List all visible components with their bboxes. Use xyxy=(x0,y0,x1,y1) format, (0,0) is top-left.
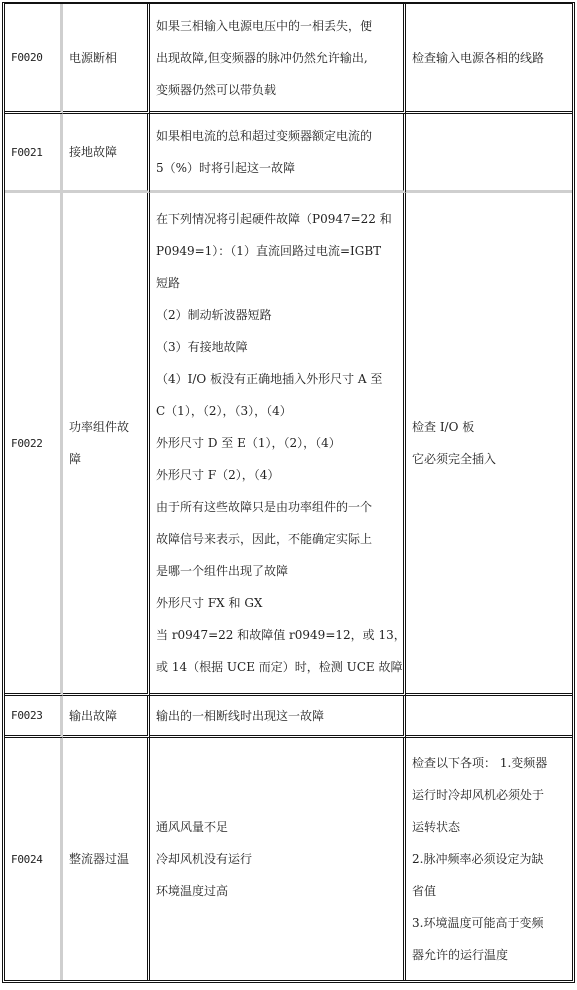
fault-name-cell: 电源断相 xyxy=(63,4,150,114)
description-line: 当 r0947=22 和故障值 r0949=12，或 13， xyxy=(156,619,397,651)
remedy-line: 2.脉冲频率必须设定为缺 xyxy=(412,843,566,875)
fault-description-cell: 输出的一相断线时出现这一故障 xyxy=(150,696,406,738)
table-row: F0020 电源断相 如果三相输入电源电压中的一相丢失，便 出现故障,但变频器的… xyxy=(5,4,572,114)
fault-description-cell: 如果三相输入电源电压中的一相丢失，便 出现故障,但变频器的脉冲仍然允许输出, 变… xyxy=(150,4,406,114)
fault-code: F0023 xyxy=(11,709,43,722)
fault-description-cell: 通风风量不足 冷却风机没有运行 环境温度过高 xyxy=(150,738,406,980)
remedy-line: 器允许的运行温度 xyxy=(412,939,566,971)
description-line: 故障信号来表示，因此，不能确定实际上 xyxy=(156,523,397,555)
fault-code: F0020 xyxy=(11,51,43,64)
fault-remedy-cell xyxy=(406,114,572,193)
remedy-line: 运转状态 xyxy=(412,811,566,843)
fault-name-cell: 整流器过温 xyxy=(63,738,150,980)
fault-name-cell: 接地故障 xyxy=(63,114,150,193)
description-line: 外形尺寸 FX 和 GX xyxy=(156,587,397,619)
description-line: 如果相电流的总和超过变频器额定电流的 xyxy=(156,120,397,152)
description-line: 环境温度过高 xyxy=(156,875,397,907)
fault-name: 输出故障 xyxy=(69,709,117,723)
fault-name: 整流器过温 xyxy=(69,852,129,866)
fault-code-cell: F0022 xyxy=(5,193,63,696)
description-line: 外形尺寸 F（2），（4） xyxy=(156,459,397,491)
fault-code: F0022 xyxy=(11,437,43,450)
fault-remedy-cell: 检查输入电源各相的线路 xyxy=(406,4,572,114)
fault-name: 电源断相 xyxy=(69,51,117,65)
fault-remedy-cell xyxy=(406,696,572,738)
description-line: P0949=1）：（1）直流回路过电流=IGBT xyxy=(156,235,397,267)
fault-name-line: 障 xyxy=(69,443,141,475)
remedy-line: 检查 I/O 板 xyxy=(412,411,566,443)
fault-name: 接地故障 xyxy=(69,145,117,159)
description-line: 冷却风机没有运行 xyxy=(156,843,397,875)
fault-name-line: 功率组件故 xyxy=(69,411,141,443)
description-line: 外形尺寸 D 至 E（1），（2），（4） xyxy=(156,427,397,459)
fault-code-cell: F0023 xyxy=(5,696,63,738)
fault-name-cell: 输出故障 xyxy=(63,696,150,738)
remedy-line: 3.环境温度可能高于变频 xyxy=(412,907,566,939)
fault-description-cell: 在下列情况将引起硬件故障（P0947=22 和 P0949=1）：（1）直流回路… xyxy=(150,193,406,696)
description-line: 出现故障,但变频器的脉冲仍然允许输出, xyxy=(156,42,397,74)
description-line: 5（%）时将引起这一故障 xyxy=(156,152,397,184)
fault-description-cell: 如果相电流的总和超过变频器额定电流的 5（%）时将引起这一故障 xyxy=(150,114,406,193)
remedy-line: 省值 xyxy=(412,875,566,907)
fault-code: F0024 xyxy=(11,853,43,866)
remedy-line: 它必须完全插入 xyxy=(412,443,566,475)
description-line: C（1），（2），（3），（4） xyxy=(156,395,397,427)
description-line: 如果三相输入电源电压中的一相丢失，便 xyxy=(156,10,397,42)
remedy-line: 运行时冷却风机必须处于 xyxy=(412,779,566,811)
fault-remedy-cell: 检查以下各项： 1.变频器 运行时冷却风机必须处于 运转状态 2.脉冲频率必须设… xyxy=(406,738,572,980)
fault-code-cell: F0021 xyxy=(5,114,63,193)
description-line: 通风风量不足 xyxy=(156,811,397,843)
description-line: 短路 xyxy=(156,267,397,299)
description-line: 或 14（根据 UCE 而定）时，检测 UCE 故障 xyxy=(156,651,397,683)
remedy-line: 检查以下各项： 1.变频器 xyxy=(412,747,566,779)
fault-code-table: F0020 电源断相 如果三相输入电源电压中的一相丢失，便 出现故障,但变频器的… xyxy=(2,2,575,983)
table-row: F0023 输出故障 输出的一相断线时出现这一故障 xyxy=(5,696,572,738)
table-row: F0021 接地故障 如果相电流的总和超过变频器额定电流的 5（%）时将引起这一… xyxy=(5,114,572,193)
description-line: 是哪一个组件出现了故障 xyxy=(156,555,397,587)
table-row: F0024 整流器过温 通风风量不足 冷却风机没有运行 环境温度过高 检查以下各… xyxy=(5,738,572,980)
fault-code-cell: F0020 xyxy=(5,4,63,114)
remedy-line: 检查输入电源各相的线路 xyxy=(412,42,566,74)
fault-name-cell: 功率组件故 障 xyxy=(63,193,150,696)
description-line: 输出的一相断线时出现这一故障 xyxy=(156,700,397,732)
description-line: 变频器仍然可以带负载 xyxy=(156,74,397,106)
fault-remedy-cell: 检查 I/O 板 它必须完全插入 xyxy=(406,193,572,696)
fault-code: F0021 xyxy=(11,146,43,159)
description-line: 在下列情况将引起硬件故障（P0947=22 和 xyxy=(156,203,397,235)
fault-code-cell: F0024 xyxy=(5,738,63,980)
table-row: F0022 功率组件故 障 在下列情况将引起硬件故障（P0947=22 和 P0… xyxy=(5,193,572,696)
description-line: （3）有接地故障 xyxy=(156,331,397,363)
description-line: 由于所有这些故障只是由功率组件的一个 xyxy=(156,491,397,523)
description-line: （2）制动斩波器短路 xyxy=(156,299,397,331)
description-line: （4）I/O 板没有正确地插入外形尺寸 A 至 xyxy=(156,363,397,395)
